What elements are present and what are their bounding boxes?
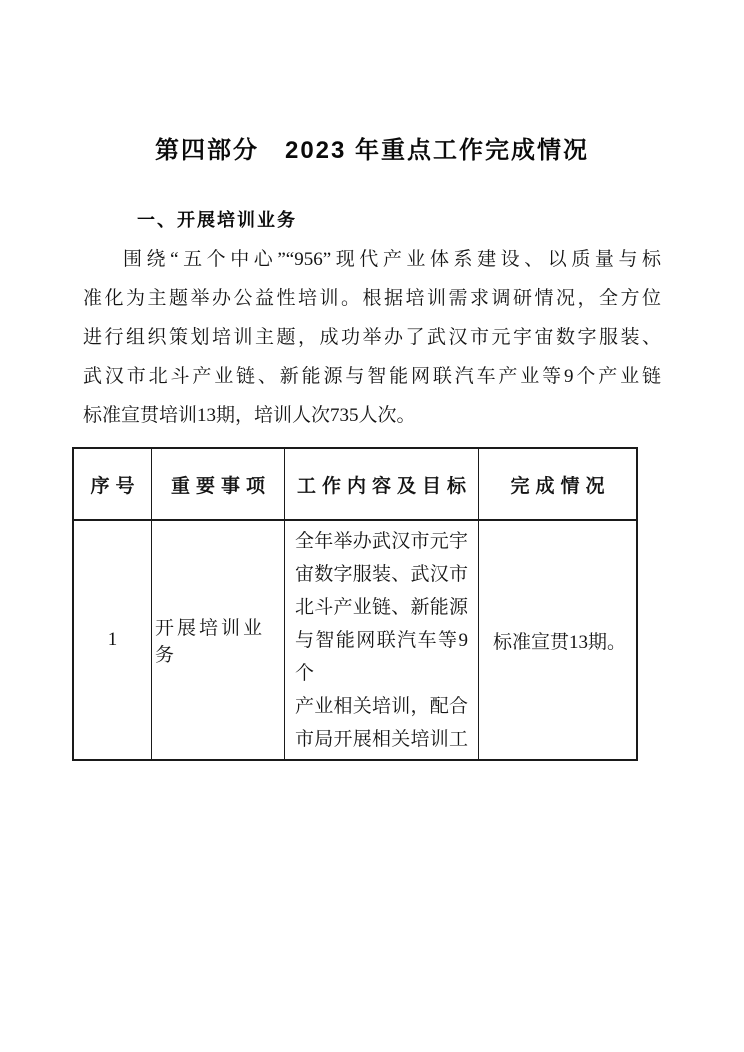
intro-line: 标准宣贯培训13期，培训人次735人次。 [83, 396, 661, 435]
section-heading: 一、开展培训业务 [137, 206, 297, 232]
table-header-item: 重要事项 [152, 449, 285, 521]
table-cell-content: 全年举办武汉市元宇 宙数字服装、武汉市 北斗产业链、新能源 与智能网联汽车等9个… [285, 521, 479, 759]
table-header-index: 序号 [74, 449, 152, 521]
content-line: 与智能网联汽车等9个 [295, 624, 468, 690]
content-line: 北斗产业链、新能源 [295, 591, 468, 624]
document-page: 第四部分 2023 年重点工作完成情况 一、开展培训业务 围绕“五个中心”“95… [0, 0, 744, 1052]
content-line: 产业相关培训，配合 [295, 690, 468, 723]
intro-line: 围绕“五个中心”“956”现代产业体系建设、以质量与标 [83, 240, 661, 279]
content-line: 全年举办武汉市元宇 [295, 525, 468, 558]
content-line: 市局开展相关培训工 [295, 723, 468, 756]
table-cell-completion: 标准宣贯13期。 [479, 521, 636, 759]
page-title: 第四部分 2023 年重点工作完成情况 [0, 130, 744, 165]
intro-line: 准化为主题举办公益性培训。根据培训需求调研情况，全方位 [83, 279, 661, 318]
table-cell-index: 1 [74, 521, 152, 759]
work-completion-table: 序号 重要事项 工作内容及目标 完成情况 1 开展培训业务 全年举办武汉市元宇 … [72, 447, 638, 761]
table-header-completion: 完成情况 [479, 449, 636, 521]
intro-paragraph: 围绕“五个中心”“956”现代产业体系建设、以质量与标 准化为主题举办公益性培训… [83, 240, 661, 435]
intro-line: 武汉市北斗产业链、新能源与智能网联汽车产业等9个产业链 [83, 357, 661, 396]
table-header-content: 工作内容及目标 [285, 449, 479, 521]
table-cell-item: 开展培训业务 [152, 521, 285, 759]
intro-line: 进行组织策划培训主题，成功举办了武汉市元宇宙数字服装、 [83, 318, 661, 357]
content-line: 宙数字服装、武汉市 [295, 558, 468, 591]
content-line: 作。 [295, 756, 468, 759]
